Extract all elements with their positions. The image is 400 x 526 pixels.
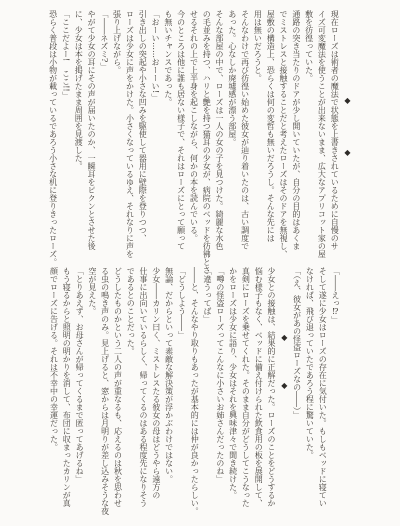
text-column: 「どうしよう――」 — [175, 267, 188, 526]
scene-break-diamond-icon: ◆ — [280, 333, 288, 342]
text-column: に、少女は本を掲げたまま周囲を見渡した。 — [71, 10, 84, 276]
text-column: 「噂の怪盗ローズってこんなに小さいお姉さんだったのね」 — [213, 267, 226, 526]
text-column: 引き出しの突起や小さな凹みを駆使して器用に壁際を登りつつ、 — [135, 10, 148, 276]
text-column: 屋敷の構造上、恐らくは何の変哲も無いだろうし。そんな先には — [263, 10, 276, 276]
text-column: であるとのことだった。 — [123, 267, 136, 526]
text-column: でミストレスと接触することだと考えたローズはそのドアを無視し、 — [276, 10, 289, 276]
text-column: 顔でローズに告げる。それは不幸中の幸運だった。 — [47, 267, 60, 526]
text-column: もう寝るからと照明の明かりを消して、布団に収まったカリンが真 — [59, 267, 72, 526]
text-column: 仕事に出向いているらしく、帰ってくるのはある程度先になりそう — [136, 267, 149, 526]
text-column: 少女――カリン曰く、ミストレスたる彼女の母はどうやら遠方の — [149, 267, 162, 526]
scene-break-column: ◆◆ — [277, 267, 290, 526]
scene-break-diamond-icon: ◆ — [343, 96, 351, 105]
text-column: 真剣にローズを乗せてくれた。そのまま自分がどうしてこうなった — [239, 267, 252, 526]
text-column: ――と、そんなやり取りもあったが基本的には仲が良かったらしい。 — [187, 267, 200, 526]
text-column: 恐らく普段は小物が載っているであろう小さな机に登りきったローズ。 — [46, 10, 59, 276]
text-column: どうしたものかという二人の声が重なるも、応えるのは秋を思わせ — [111, 267, 124, 526]
text-column: かをローズは少女に語り、少女はそれを興味津々で聞き続けた。 — [226, 267, 239, 526]
text-column: 用は無いだろうと。 — [251, 10, 264, 276]
scene-break-diamond-icon: ◆ — [280, 381, 288, 390]
text-column: の毛並みを持つ、ハリと艶を持つ猫耳の少女が、病院のベッドを彷彿とさ — [199, 10, 212, 276]
text-column: 「（え、彼女があの怪盗ローズなの――）」 — [290, 267, 303, 526]
text-column: も無いチャンスであった。 — [161, 10, 174, 276]
text-column: る虫の鳴き声のみ。見上げると、窓からは月明りが差し込みそうな夜 — [98, 267, 111, 526]
scene-break-column: ◆◆ — [340, 10, 353, 276]
text-column: 「違うってば」 — [200, 267, 213, 526]
scene-break-diamond-icon: ◆ — [343, 148, 351, 157]
text-column: そんな部屋の中で、ローズは一人の女の子を見つけた。綺麗な水色 — [212, 10, 225, 276]
text-column: そして遂に少女はローズの存在に気付いた。もしもベッドに寝てい — [315, 267, 328, 526]
text-column: そんなわけで再び彷徨い始めた彼女が辿り着いたのは、古い調度で — [238, 10, 251, 276]
novel-page: ◆◆現在ローズは術者の魔法で状態を上書きされているために自慢のサイズ可変魔法を使… — [0, 0, 400, 526]
text-column: せるそれの上で上半身を起こしながら、何かの本を読んでいる。 — [187, 10, 200, 276]
text-column: 少女との接触は、結果的に正解だった。ローズのことをどうするか — [264, 267, 277, 526]
text-column: 「――えっ⁉」 — [328, 267, 341, 526]
text-column: ローズは少女に声をかけた。小さくなっているゆえ、それなりに声を — [123, 10, 136, 276]
text-column: 空が見えた。 — [85, 267, 98, 526]
lower-page-text: 「――えっ⁉」そして遂に少女はローズの存在に気付いた。もしもベッドに寝ていなけれ… — [47, 267, 341, 515]
text-column: 「ここだよー! ここ!!」 — [59, 10, 72, 276]
text-column: イズ可変魔法を使うことが出来ないまま、広大なアプリコット家の屋 — [315, 10, 328, 276]
text-column: 無論、だからといって素敵な解決策が浮かぶわけではない。 — [162, 267, 175, 526]
upper-page-text: ◆◆現在ローズは術者の魔法で状態を上書きされているために自慢のサイズ可変魔法を使… — [46, 10, 353, 258]
text-column: 張り上げながら。 — [110, 10, 123, 276]
text-column: やがて少女の耳にその声が届いたのか、一瞬耳をピクンとさせた後 — [84, 10, 97, 276]
text-column: 「とりあえず、お母さんが帰ってくるまで匿ってあげるね」 — [72, 267, 85, 526]
text-column: あった。心なしか廃墟感が漂う部屋。 — [225, 10, 238, 276]
text-column: なければ、飛び退っていたであろう程に驚いていた。 — [303, 267, 316, 526]
text-column: 悩む様子もなく、ベッドに備え付けられた飲食用の板を展開して、 — [251, 267, 264, 526]
text-column: 現在ローズは術者の魔法で状態を上書きされているために自慢のサ — [327, 10, 340, 276]
text-column: 通路の突き当たりのドアが少し開いていたが、自分の目的はあくま — [289, 10, 302, 276]
text-column: 今のところは他に誰も居ない様子で、それはローズにとって願って — [174, 10, 187, 276]
text-column: 「おーい……おーーい!」 — [148, 10, 161, 276]
text-column: 敷を彷徨っていた。 — [302, 10, 315, 276]
text-column: 「――ネズミ?」 — [97, 10, 110, 276]
